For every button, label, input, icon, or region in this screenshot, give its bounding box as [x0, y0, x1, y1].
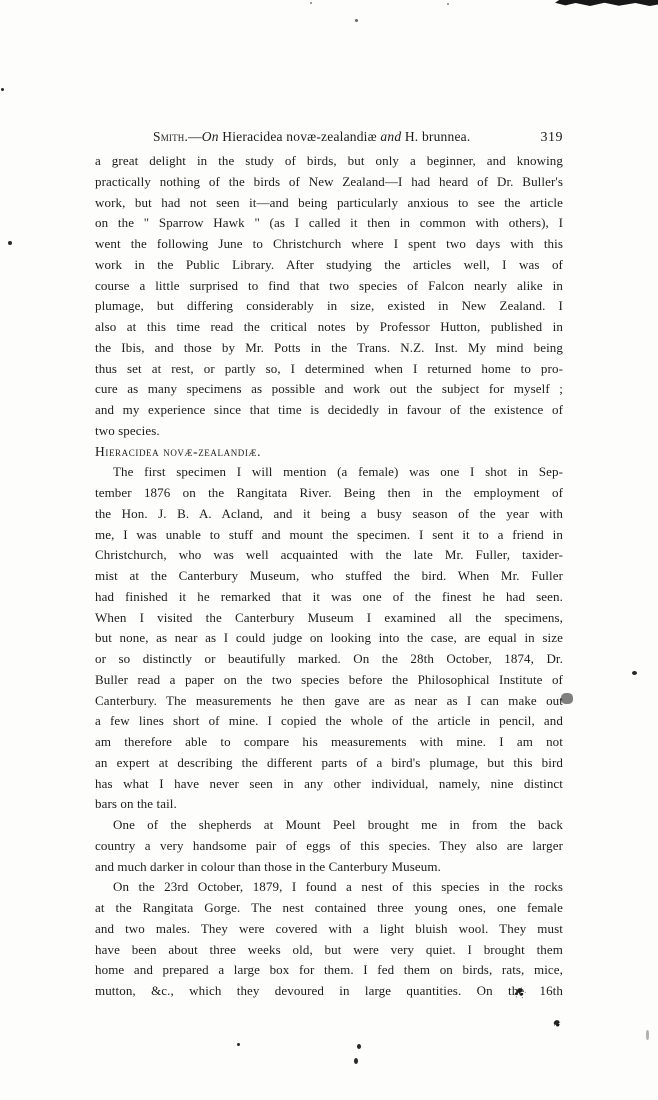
text-line: has what I have never seen in any other … [95, 774, 563, 795]
title-species-a: Hieracidea novæ-zealandiæ [222, 129, 377, 144]
text-line: cure as many specimens as possible and w… [95, 379, 563, 400]
text-line: On the 23rd October, 1879, I found a nes… [95, 877, 563, 898]
text-line: work in the Public Library. After studyi… [95, 255, 563, 276]
text-line: country a very handsome pair of eggs of … [95, 836, 563, 857]
text-line: at the Rangitata Gorge. The nest contain… [95, 898, 563, 919]
text-line: Buller read a paper on the two species b… [95, 670, 563, 691]
text-line: course a little surprised to find that t… [95, 276, 563, 297]
text-line: the Hon. J. B. A. Acland, and it being a… [95, 504, 563, 525]
text-line: When I visited the Canterbury Museum I e… [95, 608, 563, 629]
section-heading: Hieracidea novæ-zealandiæ. [95, 442, 563, 463]
text-line: an expert at describing the different pa… [95, 753, 563, 774]
text-line: plumage, but differing considerably in s… [95, 296, 563, 317]
text-line: home and prepared a large box for them. … [95, 960, 563, 981]
ink-speck [357, 1044, 361, 1049]
title-italic-and: and [380, 129, 401, 144]
scan-artifact-torn-edge [555, 0, 658, 6]
text-line: One of the shepherds at Mount Peel broug… [95, 815, 563, 836]
text-line: and much darker in colour than those in … [95, 857, 563, 878]
ink-splat [553, 1019, 559, 1025]
text-line: me, I was unable to stuff and mount the … [95, 525, 563, 546]
ink-speck [8, 241, 12, 245]
text-line: mutton, &c., which they devoured in larg… [95, 981, 563, 1002]
ink-speck [1, 88, 4, 91]
author-name: Smith. [153, 129, 188, 144]
text-line: but none, as near as I could judge on lo… [95, 628, 563, 649]
ink-speck [632, 671, 637, 675]
text-line: am therefore able to compare his measure… [95, 732, 563, 753]
text-line: Christchurch, who was well acquainted wi… [95, 545, 563, 566]
text-line: the Ibis, and those by Mr. Potts in the … [95, 338, 563, 359]
text-line: tember 1876 on the Rangitata River. Bein… [95, 483, 563, 504]
document-body: a great delight in the study of birds, b… [95, 151, 563, 1002]
text-line: a few lines short of mine. I copied the … [95, 711, 563, 732]
text-line: bars on the tail. [95, 794, 563, 815]
title-italic-on: On [202, 129, 219, 144]
text-line: and my experience since that time is dec… [95, 400, 563, 421]
ink-speck [447, 3, 449, 5]
text-line: mist at the Canterbury Museum, who stuff… [95, 566, 563, 587]
title-species-b: H. brunnea. [405, 129, 471, 144]
text-line: or so distinctly or beautifully marked. … [95, 649, 563, 670]
text-line: work, but had not seen it—and being part… [95, 193, 563, 214]
text-line: and two males. They were covered with a … [95, 919, 563, 940]
text-line: thus set at rest, or partly so, I determ… [95, 359, 563, 380]
text-line: The first specimen I will mention (a fem… [95, 462, 563, 483]
text-line: had finished it he remarked that it was … [95, 587, 563, 608]
text-line: on the " Sparrow Hawk " (as I called it … [95, 213, 563, 234]
text-line: have been about three weeks old, but wer… [95, 940, 563, 961]
text-line: practically nothing of the birds of New … [95, 172, 563, 193]
document-page: Smith.—On Hieracidea novæ-zealandiæ and … [0, 0, 658, 1100]
text-line: went the following June to Christchurch … [95, 234, 563, 255]
dash: — [188, 129, 202, 144]
page-header: Smith.—On Hieracidea novæ-zealandiæ and … [95, 129, 563, 146]
ink-smudge [646, 1030, 649, 1040]
running-title: Smith.—On Hieracidea novæ-zealandiæ and … [95, 129, 470, 145]
ink-speck [354, 1058, 358, 1064]
text-line: Canterbury. The measurements he then gav… [95, 691, 563, 712]
ink-speck [310, 2, 312, 4]
text-line: two species. [95, 421, 563, 442]
ink-speck [237, 1043, 240, 1046]
page-number: 319 [541, 130, 564, 146]
text-line: also at this time read the critical note… [95, 317, 563, 338]
text-line: a great delight in the study of birds, b… [95, 151, 563, 172]
ink-speck [355, 19, 358, 22]
